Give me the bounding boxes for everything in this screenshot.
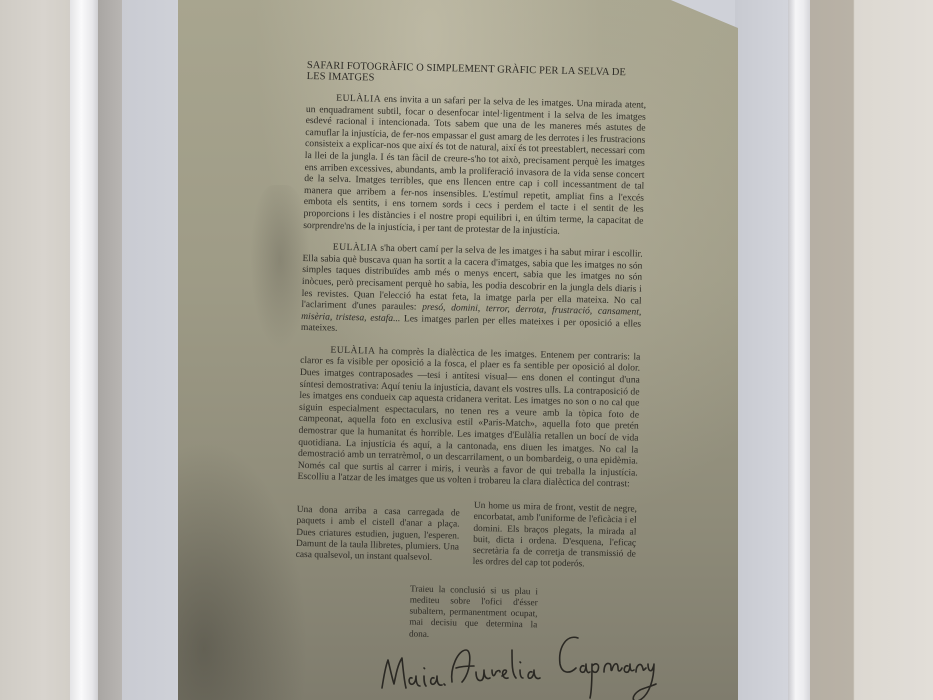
document-text: SAFARI FOTOGRÀFIC O SIMPLEMENT GRÀFIC PE… <box>294 60 647 644</box>
paragraph-2: EULÀLIA s'ha obert camí per la selva de … <box>301 241 643 341</box>
reflection-shadow <box>178 440 308 700</box>
paragraph-lead: EULÀLIA <box>333 242 378 254</box>
wall-left <box>0 0 72 700</box>
frame-right-edge <box>788 0 810 700</box>
paragraph-lead: EULÀLIA <box>330 344 375 356</box>
mat-right <box>735 0 790 700</box>
paragraph-1: EULÀLIA ens invita a un safari per la se… <box>303 92 646 239</box>
frame-inner-shadow <box>98 0 122 700</box>
signature: Maria Aurèlia Capmany <box>378 620 658 700</box>
paragraph-lead: EULÀLIA <box>336 93 381 105</box>
paragraph-body: ens invita a un safari per la selva de l… <box>303 94 646 237</box>
paragraph-3: EULÀLIA ha comprès la dialèctica de les … <box>297 344 640 491</box>
column-right: Un home us mira de front, vestit de negr… <box>473 501 637 572</box>
column-left: Una dona arriba a casa carregada de paqu… <box>296 505 460 568</box>
mat-left <box>122 0 180 700</box>
signature-scribble-icon <box>378 620 658 700</box>
frame-left-edge <box>70 0 98 700</box>
contrast-columns: Una dona arriba a casa carregada de paqu… <box>296 497 637 572</box>
wall-right <box>800 0 933 700</box>
paragraph-body: ha comprès la dialèctica de les imatges.… <box>297 346 640 490</box>
